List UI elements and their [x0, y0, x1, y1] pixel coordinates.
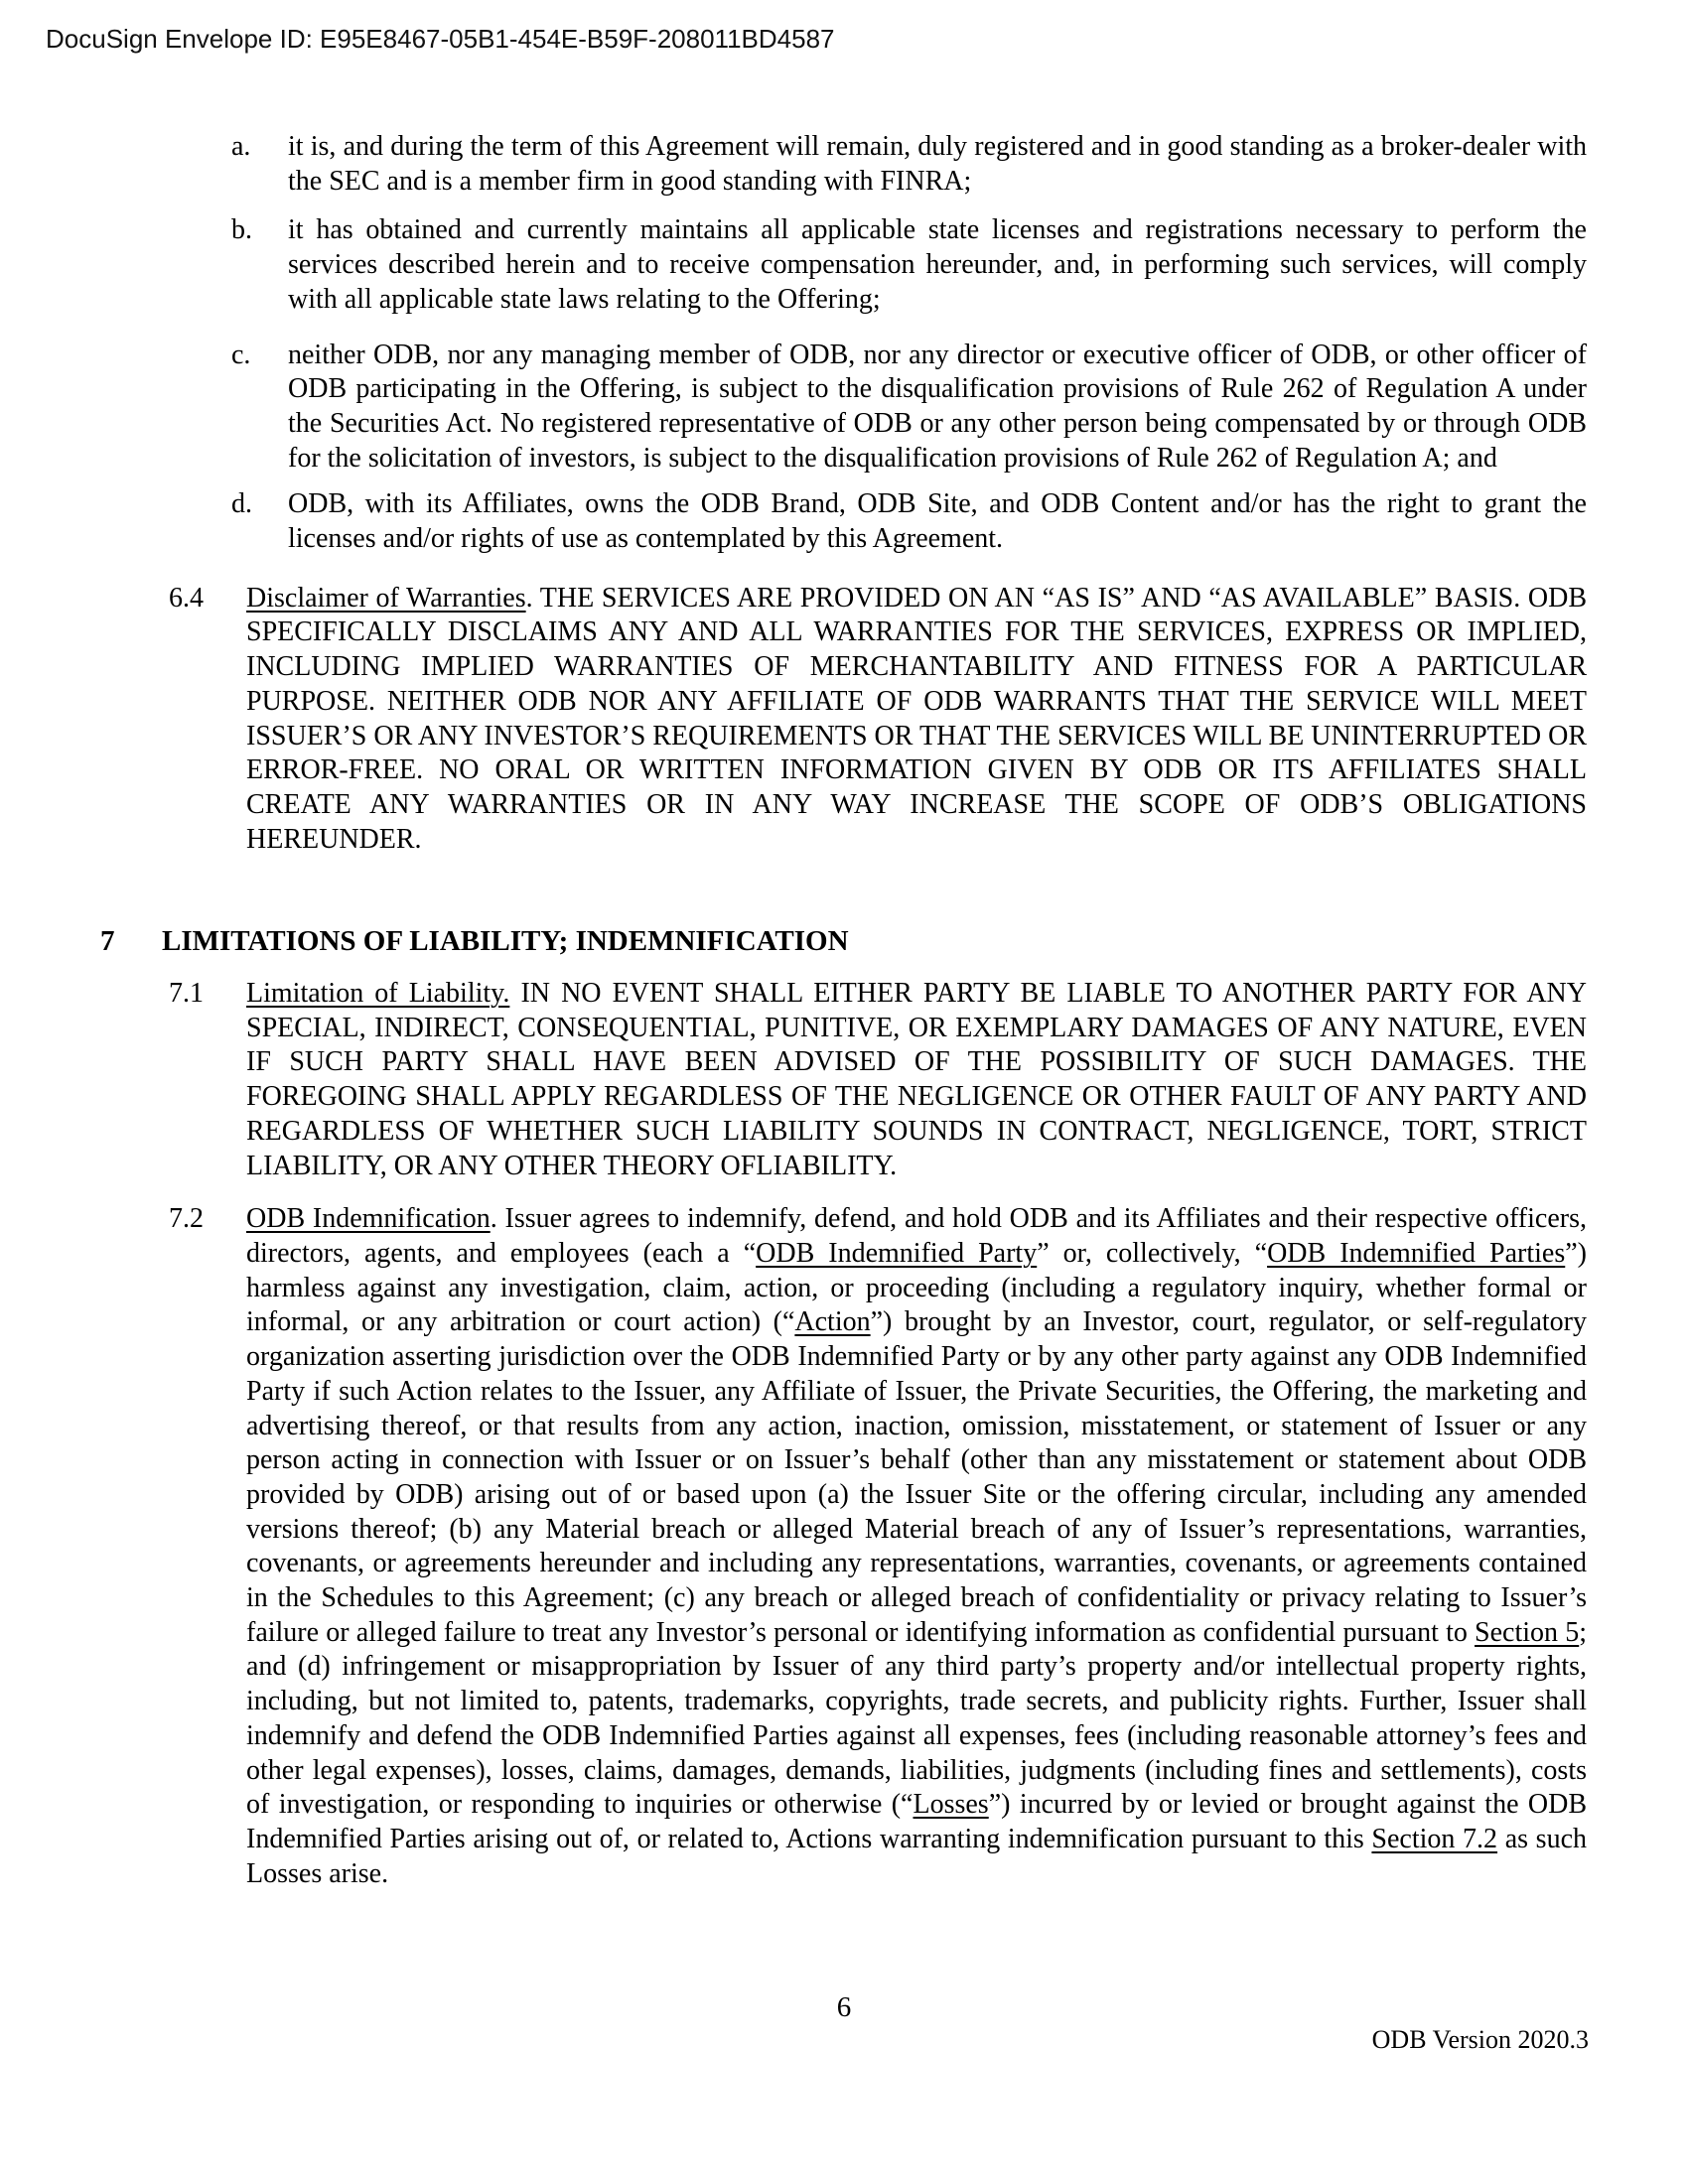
list-item-d: d. ODB, with its Affiliates, owns the OD… — [0, 487, 1688, 556]
list-marker-c: c. — [231, 339, 250, 373]
section-number-7-2: 7.2 — [169, 1202, 204, 1237]
section-number-6-4: 6.4 — [169, 582, 204, 616]
list-text-d: ODB, with its Affiliates, owns the ODB B… — [0, 487, 1688, 556]
document-body: a. it is, and during the term of this Ag… — [0, 130, 1688, 1891]
section-6-4: 6.4 Disclaimer of Warranties. THE SERVIC… — [0, 582, 1688, 858]
list-marker-a: a. — [231, 130, 250, 165]
section-text-6-4: Disclaimer of Warranties. THE SERVICES A… — [0, 582, 1688, 858]
section-7-2: 7.2 ODB Indemnification. Issuer agrees t… — [0, 1202, 1688, 1891]
list-marker-b: b. — [231, 213, 252, 248]
list-item-a: a. it is, and during the term of this Ag… — [0, 130, 1688, 199]
section-7-heading: 7 LIMITATIONS OF LIABILITY; INDEMNIFICAT… — [0, 924, 1688, 959]
section-number-7-1: 7.1 — [169, 977, 204, 1012]
document-page: DocuSign Envelope ID: E95E8467-05B1-454E… — [0, 0, 1688, 2184]
list-item-c: c. neither ODB, nor any managing member … — [0, 339, 1688, 477]
list-item-b: b. it has obtained and currently maintai… — [0, 213, 1688, 317]
page-number: 6 — [0, 1991, 1688, 2024]
section-text-7-2: ODB Indemnification. Issuer agrees to in… — [0, 1202, 1688, 1891]
version-label: ODB Version 2020.3 — [1372, 2025, 1589, 2055]
heading-number-7: 7 — [100, 924, 115, 959]
list-text-c: neither ODB, nor any managing member of … — [0, 339, 1688, 477]
docusign-envelope-id: DocuSign Envelope ID: E95E8467-05B1-454E… — [46, 24, 835, 55]
list-text-b: it has obtained and currently maintains … — [0, 213, 1688, 317]
heading-text-7: LIMITATIONS OF LIABILITY; INDEMNIFICATIO… — [0, 924, 1688, 959]
section-text-7-1: Limitation of Liability. IN NO EVENT SHA… — [0, 977, 1688, 1183]
list-marker-d: d. — [231, 487, 252, 522]
list-text-a: it is, and during the term of this Agree… — [0, 130, 1688, 199]
section-7-1: 7.1 Limitation of Liability. IN NO EVENT… — [0, 977, 1688, 1183]
